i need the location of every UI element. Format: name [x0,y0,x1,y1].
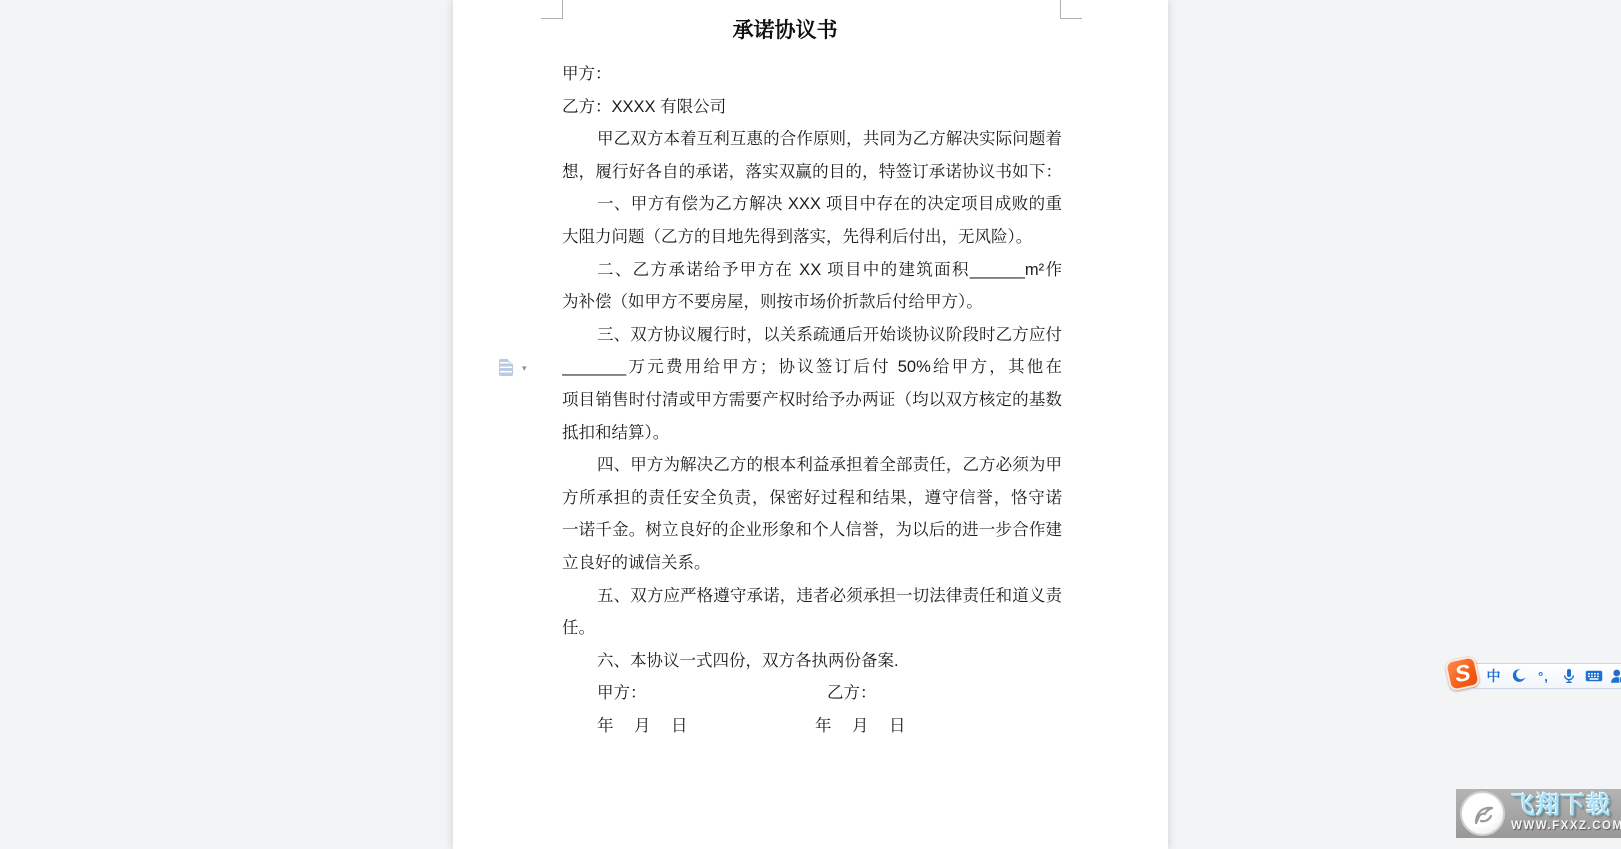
document-line: 任。 [562,612,1062,645]
watermark-site-name: 飞翔下载 [1511,794,1621,818]
document-title: 承诺协议书 [535,14,1035,47]
party-b-signature-label: 乙方： [827,677,877,710]
document-line: 一、甲方有偿为乙方解决 XXX 项目中存在的决定项目成败的重 [562,188,1062,221]
chinese-mode-toggle[interactable]: 中 [1481,666,1506,686]
document-line: 二、乙方承诺给予甲方在 XX 项目中的建筑面积______m²作 [562,254,1062,287]
document-line: 六、本协议一式四份，双方各执两份备案. [562,645,1062,678]
soft-keyboard-icon[interactable] [1581,668,1606,684]
document-body: 甲方：乙方：XXXX 有限公司甲乙双方本着互利互惠的合作原则，共同为乙方解决实际… [562,58,1062,677]
document-line: 甲乙双方本着互利互惠的合作原则，共同为乙方解决实际问题着 [562,123,1062,156]
margin-mark-top-right [1060,0,1082,19]
punctuation-mode-toggle[interactable]: °, [1531,669,1556,684]
document-icon [499,359,513,376]
ime-toolbar: 中 °, [1473,663,1621,689]
document-line: 立良好的诚信关系。 [562,547,1062,580]
site-watermark: 飞翔下载 WWW.FXXZ.COM [1456,789,1621,838]
document-line: 一诺千金。树立良好的企业形象和个人信誉，为以后的进一步合作建 [562,514,1062,547]
account-icon[interactable] [1606,668,1621,684]
party-a-signature-label: 甲方： [597,677,647,710]
document-line: 五、双方应严格遵守承诺，违者必须承担一切法律责任和道义责 [562,580,1062,613]
document-line: 大阻力问题（乙方的目地先得到落实，先得利后付出，无风险）。 [562,221,1062,254]
document-line: 为补偿（如甲方不要房屋，则按市场价折款后付给甲方）。 [562,286,1062,319]
voice-input-icon[interactable] [1556,668,1581,684]
document-line: 甲方： [562,58,1062,91]
party-b-date-label: 年 月 日 [815,710,908,743]
document-page[interactable]: 承诺协议书 甲方：乙方：XXXX 有限公司甲乙双方本着互利互惠的合作原则，共同为… [453,0,1168,849]
document-line: 四、甲方为解决乙方的根本利益承担着全部责任，乙方必须为甲 [562,449,1062,482]
date-row: 年 月 日 年 月 日 [562,710,1062,743]
half-width-moon-icon[interactable] [1506,668,1531,684]
party-a-date-label: 年 月 日 [597,710,690,743]
document-line: 三、双方协议履行时，以关系疏通后开始谈协议阶段时乙方应付 [562,319,1062,352]
document-line: 乙方：XXXX 有限公司 [562,91,1062,124]
paste-options-button[interactable]: ▾ [499,359,533,379]
document-line: _______万元费用给甲方；协议签订后付 50%给甲方，其他在 [562,351,1062,384]
watermark-bird-icon [1460,791,1505,836]
signature-row: 甲方： 乙方： [562,677,1062,710]
document-line: 方所承担的责任安全负责，保密好过程和结果，遵守信誉，恪守诺言， [562,482,1062,515]
document-content: 承诺协议书 甲方：乙方：XXXX 有限公司甲乙双方本着互利互惠的合作原则，共同为… [562,0,1062,742]
document-line: 抵扣和结算）。 [562,417,1062,450]
document-line: 项目销售时付清或甲方需要产权时给予办两证（均以双方核定的基数 [562,384,1062,417]
watermark-site-url: WWW.FXXZ.COM [1511,821,1621,833]
sogou-logo-letter: S [1453,661,1472,686]
document-line: 想，履行好各自的承诺，落实双赢的目的，特签订承诺协议书如下： [562,156,1062,189]
chevron-down-icon: ▾ [522,361,527,375]
